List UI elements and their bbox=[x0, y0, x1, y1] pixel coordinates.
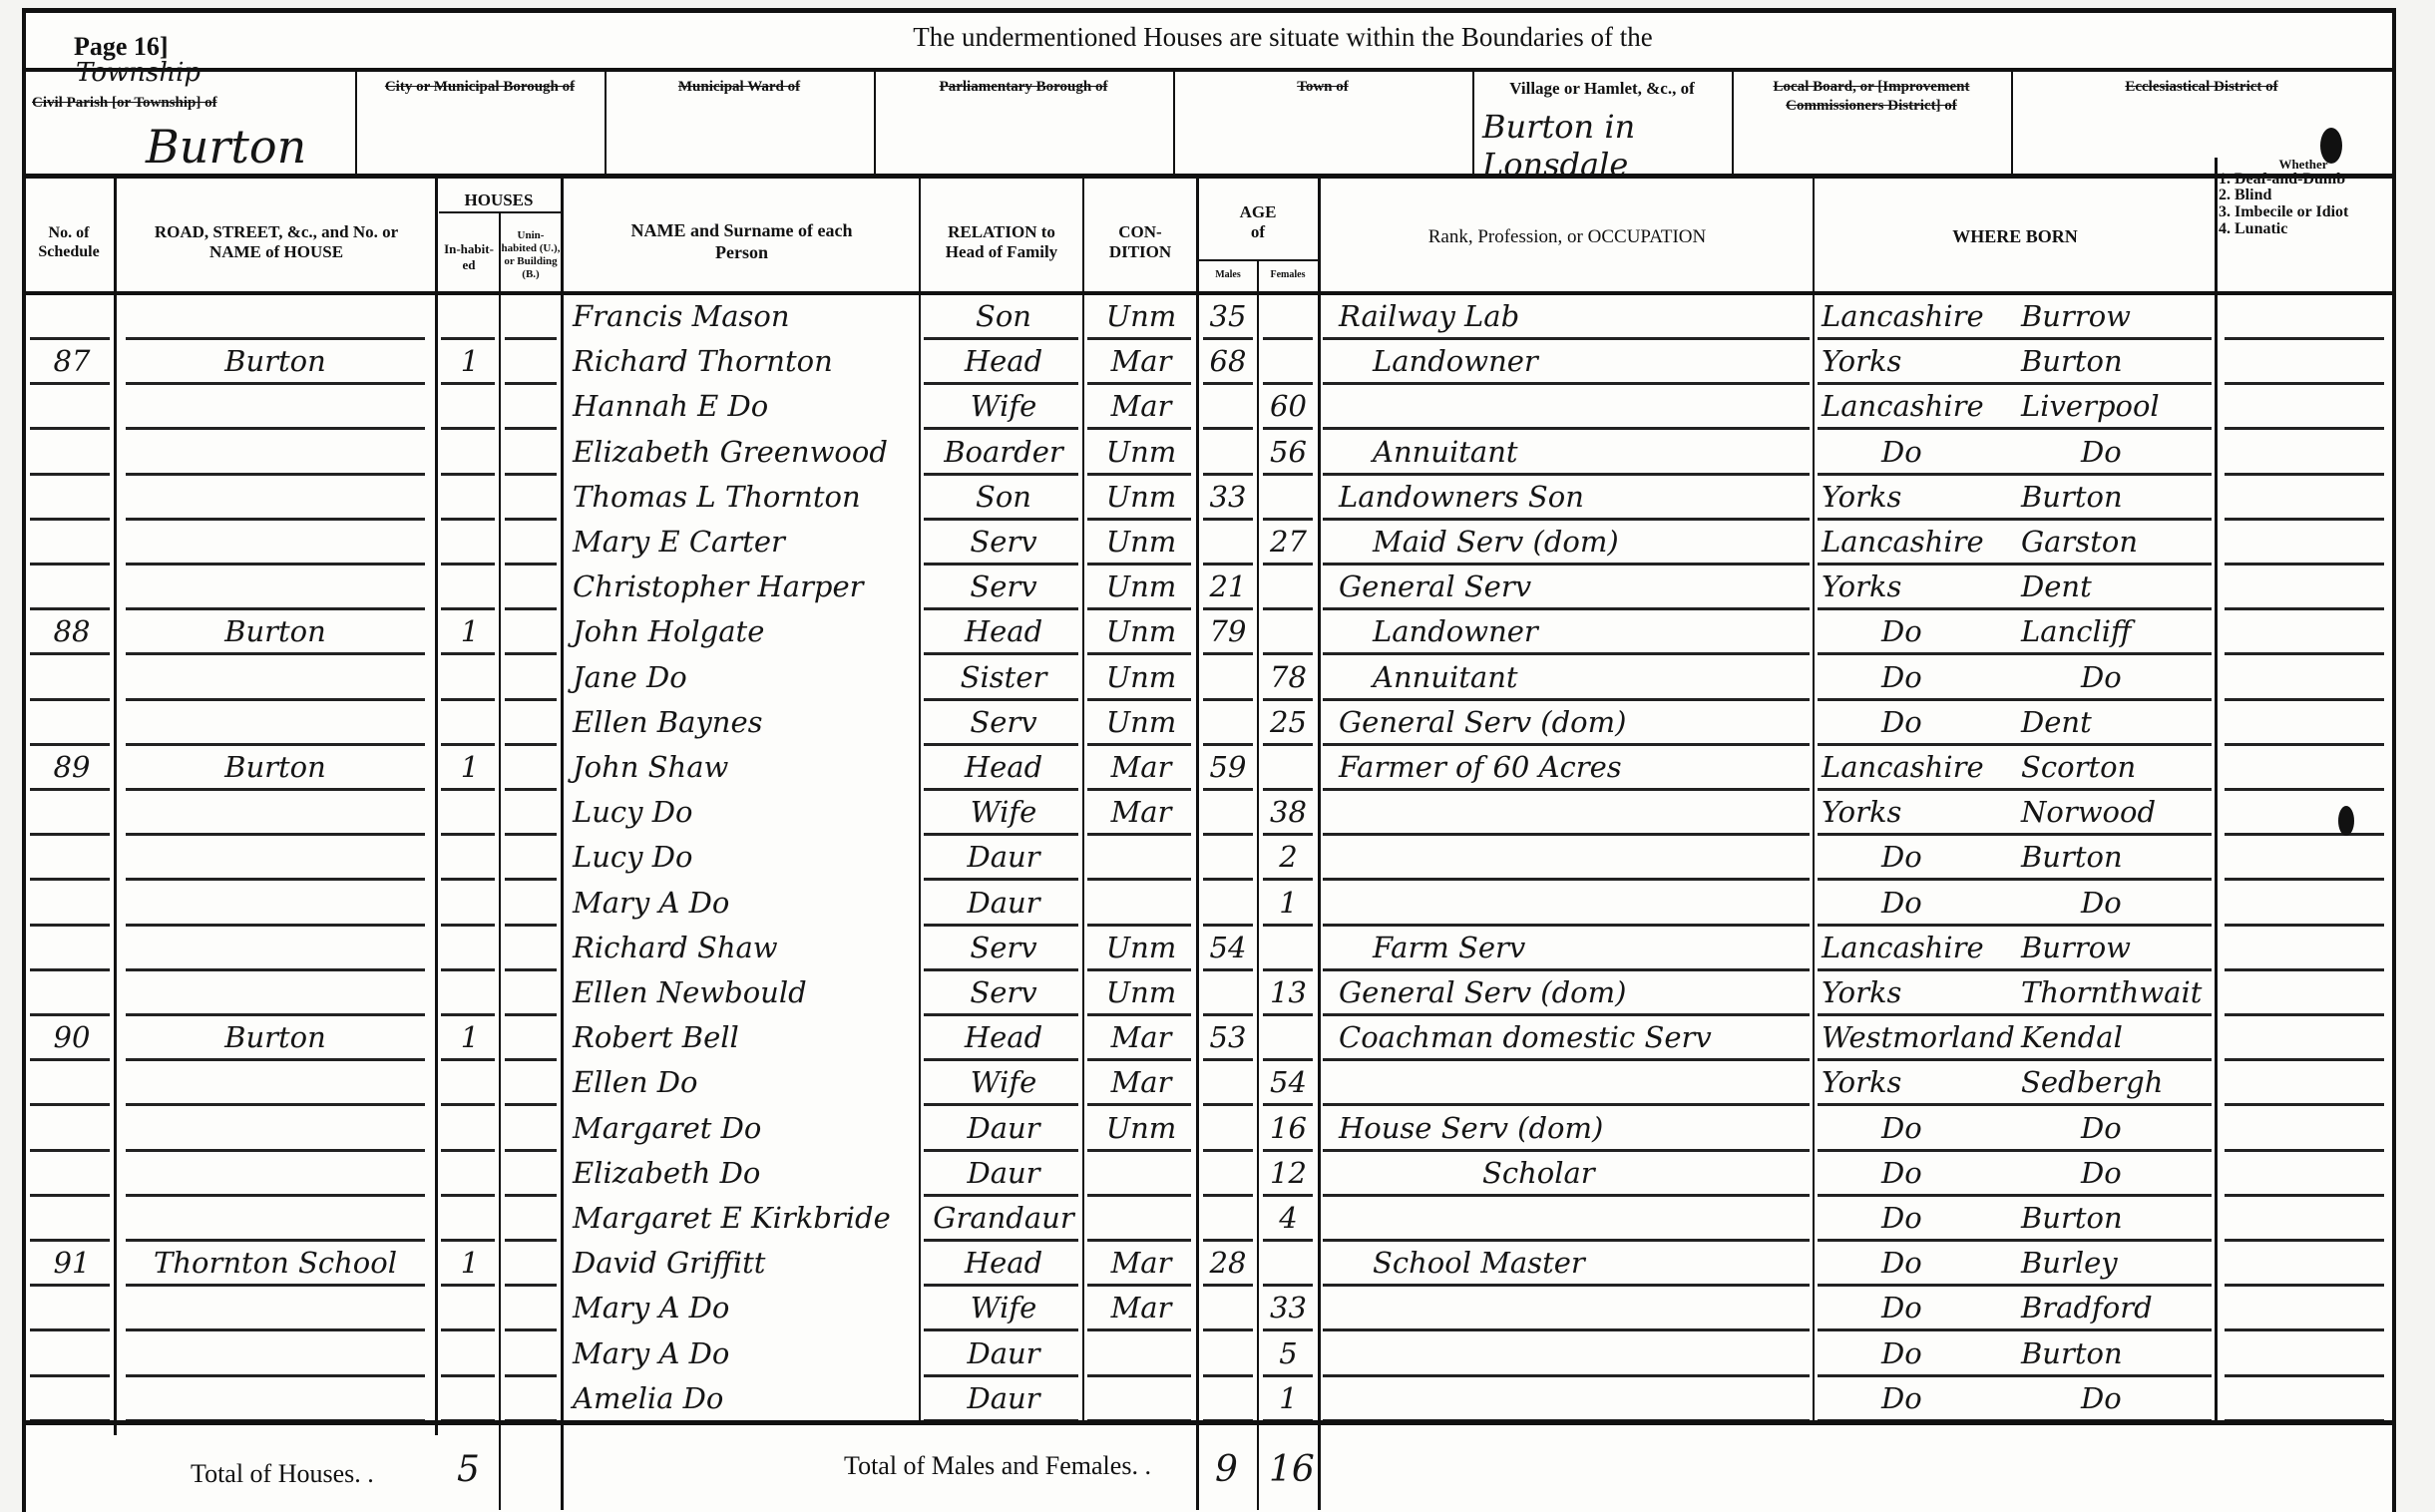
row-rule bbox=[2225, 473, 2384, 476]
cell-occupation: Maid Serv (dom) bbox=[1333, 523, 1810, 563]
cell-condition bbox=[1087, 1379, 1195, 1419]
cell-born-county: Do bbox=[1822, 703, 2021, 743]
cell-schedule bbox=[34, 1109, 110, 1149]
rule-inhabited bbox=[499, 213, 501, 1510]
cell-born-county: Do bbox=[1822, 433, 2021, 473]
cell-born-county: Do bbox=[1822, 838, 2021, 878]
row-rule bbox=[1263, 652, 1313, 655]
table-row: Elizabeth GreenwoodBoarderUnm56Annuitant… bbox=[26, 433, 2392, 473]
cell-female-age bbox=[1261, 612, 1316, 652]
cell-born-county: Do bbox=[1822, 612, 2021, 652]
cell-condition: Mar bbox=[1087, 342, 1195, 382]
cell-name: Mary A Do bbox=[573, 1289, 917, 1328]
row-rule bbox=[1203, 924, 1253, 927]
cell-inhabited bbox=[445, 1063, 495, 1103]
cell-inhabited bbox=[445, 703, 495, 743]
row-rule bbox=[30, 427, 110, 430]
infirmity-title: Whether bbox=[2219, 158, 2388, 172]
col-age: AGE of bbox=[1199, 188, 1317, 257]
row-rule bbox=[1818, 743, 2212, 746]
table-row: Ellen BaynesServUnm25General Serv (dom)D… bbox=[26, 703, 2392, 743]
boundary-rule bbox=[26, 174, 2392, 179]
cell-male-age: 28 bbox=[1201, 1244, 1255, 1284]
cell-occupation bbox=[1333, 793, 1810, 833]
col-name: NAME and Surname of each Person bbox=[565, 188, 919, 297]
cell-male-age: 79 bbox=[1201, 612, 1255, 652]
row-rule bbox=[441, 788, 495, 791]
boundary-label: Civil Parish [or Township] of bbox=[32, 94, 349, 113]
cell-relation: Serv bbox=[929, 929, 1078, 968]
cell-born-place: Burley bbox=[2021, 1244, 2211, 1284]
row-rule bbox=[505, 833, 557, 836]
row-rule bbox=[924, 878, 1078, 881]
row-rule bbox=[2225, 427, 2384, 430]
cell-schedule bbox=[34, 658, 110, 698]
row-rule bbox=[924, 1374, 1078, 1377]
row-rule bbox=[1818, 1149, 2212, 1152]
cell-occupation bbox=[1333, 838, 1810, 878]
row-rule bbox=[1203, 518, 1253, 521]
cell-relation: Daur bbox=[929, 1379, 1078, 1419]
col-males: Males bbox=[1199, 263, 1257, 287]
cell-inhabited bbox=[445, 523, 495, 563]
cell-male-age: 53 bbox=[1201, 1018, 1255, 1058]
row-rule bbox=[30, 924, 110, 927]
cell-road bbox=[126, 1334, 425, 1374]
total-males-value: 9 bbox=[1215, 1449, 1238, 1490]
row-rule bbox=[924, 337, 1078, 340]
row-rule bbox=[1263, 788, 1313, 791]
row-rule bbox=[1087, 1284, 1191, 1287]
row-rule bbox=[30, 518, 110, 521]
row-rule bbox=[924, 924, 1078, 927]
row-rule bbox=[30, 1328, 110, 1331]
cell-occupation: Scholar bbox=[1333, 1154, 1810, 1194]
cell-condition: Mar bbox=[1087, 1063, 1195, 1103]
cell-name: Jane Do bbox=[573, 658, 917, 698]
row-rule bbox=[126, 878, 425, 881]
row-rule bbox=[30, 473, 110, 476]
row-rule bbox=[2225, 924, 2384, 927]
cell-schedule: 89 bbox=[34, 748, 110, 788]
cell-born-place: Scorton bbox=[2021, 748, 2211, 788]
row-rule bbox=[30, 1284, 110, 1287]
row-rule bbox=[30, 1239, 110, 1242]
row-rule bbox=[441, 1149, 495, 1152]
row-rule bbox=[1818, 652, 2212, 655]
cell-born-county: Lancashire bbox=[1822, 929, 2021, 968]
cell-female-age bbox=[1261, 929, 1316, 968]
cell-inhabited bbox=[445, 884, 495, 924]
row-rule bbox=[441, 1328, 495, 1331]
row-rule bbox=[1818, 1058, 2212, 1061]
total-persons-label: Total of Males and Females. . bbox=[844, 1451, 1151, 1481]
cell-condition: Unm bbox=[1087, 658, 1195, 698]
col-inhabited: In-habit-ed bbox=[439, 219, 499, 295]
row-rule bbox=[1263, 1194, 1313, 1197]
cell-inhabited bbox=[445, 1154, 495, 1194]
cell-relation: Head bbox=[929, 1018, 1078, 1058]
cell-occupation bbox=[1333, 1289, 1810, 1328]
cell-relation: Grandaur bbox=[929, 1199, 1078, 1239]
row-rule bbox=[2225, 1239, 2384, 1242]
row-rule bbox=[1818, 924, 2212, 927]
cell-born-place: Do bbox=[2021, 1109, 2211, 1149]
cell-female-age: 38 bbox=[1261, 793, 1316, 833]
row-rule bbox=[924, 382, 1078, 385]
cell-schedule bbox=[34, 1289, 110, 1328]
cell-name: Robert Bell bbox=[573, 1018, 917, 1058]
row-rule bbox=[924, 1103, 1078, 1106]
rule-uninhabited bbox=[561, 179, 564, 1510]
cell-born-place: Dent bbox=[2021, 703, 2211, 743]
cell-name: Elizabeth Do bbox=[573, 1154, 917, 1194]
table-row: 89Burton1John ShawHeadMar59Farmer of 60 … bbox=[26, 748, 2392, 788]
rule-occupation bbox=[1813, 179, 1815, 1420]
cell-schedule: 90 bbox=[34, 1018, 110, 1058]
row-rule bbox=[441, 968, 495, 971]
row-rule bbox=[505, 382, 557, 385]
boundary-value: Burton in Lonsdale bbox=[1482, 108, 1732, 184]
row-rule bbox=[1263, 607, 1313, 610]
cell-born-county: Do bbox=[1822, 1334, 2021, 1374]
rule-males bbox=[1257, 261, 1259, 1510]
row-rule bbox=[1203, 607, 1253, 610]
row-rule bbox=[924, 652, 1078, 655]
row-rule bbox=[1087, 968, 1191, 971]
row-rule bbox=[30, 743, 110, 746]
cell-born-county: Yorks bbox=[1822, 1063, 2021, 1103]
row-rule bbox=[1203, 1058, 1253, 1061]
cell-road: Burton bbox=[126, 612, 425, 652]
cell-female-age: 1 bbox=[1261, 1379, 1316, 1419]
cell-male-age: 54 bbox=[1201, 929, 1255, 968]
cell-relation: Serv bbox=[929, 703, 1078, 743]
cell-schedule bbox=[34, 973, 110, 1013]
table-row: Mary A DoDaur1DoDo bbox=[26, 884, 2392, 924]
col-condition: CON-DITION bbox=[1085, 188, 1195, 297]
boundary-divider bbox=[1173, 72, 1175, 174]
row-rule bbox=[924, 473, 1078, 476]
row-rule bbox=[1323, 607, 1810, 610]
table-row: Ellen DoWifeMar54YorksSedbergh bbox=[26, 1063, 2392, 1103]
row-rule bbox=[1263, 473, 1313, 476]
boundary-divider bbox=[1472, 72, 1474, 174]
cell-schedule bbox=[34, 884, 110, 924]
row-rule bbox=[1087, 1328, 1191, 1331]
boundary-divider bbox=[605, 72, 607, 174]
cell-male-age bbox=[1201, 1199, 1255, 1239]
row-rule bbox=[2225, 1013, 2384, 1016]
row-rule bbox=[126, 1103, 425, 1106]
cell-inhabited bbox=[445, 387, 495, 427]
row-rule bbox=[1263, 1239, 1313, 1242]
row-rule bbox=[1087, 518, 1191, 521]
cell-occupation bbox=[1333, 1063, 1810, 1103]
row-rule bbox=[1263, 1374, 1313, 1377]
cell-road bbox=[126, 1109, 425, 1149]
total-houses-label: Total of Houses. . bbox=[191, 1459, 374, 1489]
row-rule bbox=[1323, 1239, 1810, 1242]
cell-born-county: Do bbox=[1822, 1154, 2021, 1194]
cell-occupation: Annuitant bbox=[1333, 658, 1810, 698]
table-row: Francis MasonSonUnm35Railway LabLancashi… bbox=[26, 297, 2392, 337]
row-rule bbox=[1203, 1194, 1253, 1197]
cell-relation: Head bbox=[929, 612, 1078, 652]
row-rule bbox=[1323, 1103, 1810, 1106]
header-rule bbox=[26, 291, 2392, 295]
row-rule bbox=[30, 1374, 110, 1377]
row-rule bbox=[505, 924, 557, 927]
cell-relation: Son bbox=[929, 297, 1078, 337]
cell-relation: Daur bbox=[929, 1334, 1078, 1374]
row-rule bbox=[1323, 1194, 1810, 1197]
cell-name: Christopher Harper bbox=[573, 567, 917, 607]
table-row: Lucy DoWifeMar38YorksNorwood bbox=[26, 793, 2392, 833]
cell-schedule: 88 bbox=[34, 612, 110, 652]
row-rule bbox=[1263, 518, 1313, 521]
cell-born-county: Do bbox=[1822, 658, 2021, 698]
cell-occupation: Annuitant bbox=[1333, 433, 1810, 473]
row-rule bbox=[1087, 1239, 1191, 1242]
table-row: Lucy DoDaur2DoBurton bbox=[26, 838, 2392, 878]
cell-inhabited bbox=[445, 838, 495, 878]
row-rule bbox=[126, 518, 425, 521]
cell-condition: Unm bbox=[1087, 973, 1195, 1013]
row-rule bbox=[441, 1284, 495, 1287]
cell-male-age bbox=[1201, 1109, 1255, 1149]
cell-condition: Mar bbox=[1087, 387, 1195, 427]
cell-male-age: 21 bbox=[1201, 567, 1255, 607]
cell-inhabited bbox=[445, 478, 495, 518]
row-rule bbox=[2225, 1284, 2384, 1287]
cell-born-county: Do bbox=[1822, 884, 2021, 924]
row-rule bbox=[126, 652, 425, 655]
boundary-label: Village or Hamlet, &c., of bbox=[1478, 78, 1726, 99]
row-rule bbox=[1087, 337, 1191, 340]
col-schedule: No. of Schedule bbox=[26, 188, 112, 297]
row-rule bbox=[924, 563, 1078, 566]
row-rule bbox=[1263, 1328, 1313, 1331]
col-uninhabited: Unin-habited (U.), or Building (B.) bbox=[501, 213, 561, 297]
cell-female-age: 12 bbox=[1261, 1154, 1316, 1194]
row-rule bbox=[441, 1103, 495, 1106]
boundary-3: Parliamentary Borough of bbox=[874, 72, 1173, 174]
row-rule bbox=[1087, 878, 1191, 881]
cell-schedule bbox=[34, 1379, 110, 1419]
cell-born-place: Burton bbox=[2021, 478, 2211, 518]
cell-name: Hannah E Do bbox=[573, 387, 917, 427]
cell-male-age bbox=[1201, 1289, 1255, 1328]
cell-road bbox=[126, 1379, 425, 1419]
row-rule bbox=[505, 1149, 557, 1152]
row-rule bbox=[1203, 1328, 1253, 1331]
cell-road bbox=[126, 929, 425, 968]
row-rule bbox=[1203, 382, 1253, 385]
cell-condition bbox=[1087, 1334, 1195, 1374]
row-rule bbox=[30, 1194, 110, 1197]
row-rule bbox=[2225, 878, 2384, 881]
row-rule bbox=[126, 1149, 425, 1152]
cell-relation: Wife bbox=[929, 793, 1078, 833]
row-rule bbox=[1087, 1194, 1191, 1197]
row-rule bbox=[1203, 1374, 1253, 1377]
row-rule bbox=[1818, 382, 2212, 385]
cell-relation: Boarder bbox=[929, 433, 1078, 473]
row-rule bbox=[1263, 1103, 1313, 1106]
row-rule bbox=[2225, 1149, 2384, 1152]
row-rule bbox=[1323, 833, 1810, 836]
cell-born-county: Lancashire bbox=[1822, 387, 2021, 427]
row-rule bbox=[1818, 473, 2212, 476]
row-rule bbox=[924, 968, 1078, 971]
row-rule bbox=[924, 698, 1078, 701]
row-rule bbox=[1203, 427, 1253, 430]
table-row: Amelia DoDaur1DoDo bbox=[26, 1379, 2392, 1419]
row-rule bbox=[505, 1284, 557, 1287]
cell-occupation: General Serv (dom) bbox=[1333, 973, 1810, 1013]
row-rule bbox=[505, 563, 557, 566]
table-row: 87Burton1Richard ThorntonHeadMar68Landow… bbox=[26, 342, 2392, 382]
row-rule bbox=[2225, 1328, 2384, 1331]
table-row: Mary E CarterServUnm27Maid Serv (dom)Lan… bbox=[26, 523, 2392, 563]
row-rule bbox=[1323, 1058, 1810, 1061]
row-rule bbox=[1263, 833, 1313, 836]
row-rule bbox=[1323, 652, 1810, 655]
row-rule bbox=[1323, 743, 1810, 746]
row-rule bbox=[505, 788, 557, 791]
row-rule bbox=[1323, 924, 1810, 927]
row-rule bbox=[1087, 607, 1191, 610]
row-rule bbox=[441, 1374, 495, 1377]
cell-name: Amelia Do bbox=[573, 1379, 917, 1419]
cell-relation: Wife bbox=[929, 1289, 1078, 1328]
cell-occupation: General Serv (dom) bbox=[1333, 703, 1810, 743]
row-rule bbox=[1323, 1149, 1810, 1152]
row-rule bbox=[1087, 788, 1191, 791]
cell-name: Lucy Do bbox=[573, 838, 917, 878]
row-rule bbox=[126, 924, 425, 927]
cell-condition: Unm bbox=[1087, 433, 1195, 473]
row-rule bbox=[924, 518, 1078, 521]
cell-road bbox=[126, 478, 425, 518]
cell-female-age: 78 bbox=[1261, 658, 1316, 698]
boundary-divider bbox=[2011, 72, 2013, 174]
row-rule bbox=[30, 968, 110, 971]
row-rule bbox=[1323, 382, 1810, 385]
row-rule bbox=[1263, 924, 1313, 927]
cell-occupation: General Serv bbox=[1333, 567, 1810, 607]
cell-relation: Son bbox=[929, 478, 1078, 518]
cell-born-county: Do bbox=[1822, 1289, 2021, 1328]
cell-road bbox=[126, 387, 425, 427]
row-rule bbox=[1323, 1013, 1810, 1016]
row-rule bbox=[2225, 1103, 2384, 1106]
cell-inhabited bbox=[445, 1109, 495, 1149]
row-rule bbox=[1323, 427, 1810, 430]
cell-road: Burton bbox=[126, 748, 425, 788]
row-rule bbox=[1087, 382, 1191, 385]
cell-relation: Daur bbox=[929, 1109, 1078, 1149]
cell-occupation: Landowner bbox=[1333, 612, 1810, 652]
cell-occupation: Landowner bbox=[1333, 342, 1810, 382]
cell-road: Thornton School bbox=[126, 1244, 425, 1284]
row-rule bbox=[924, 427, 1078, 430]
boundary-label: City or Municipal Borough of bbox=[361, 78, 599, 97]
row-rule bbox=[1818, 1328, 2212, 1331]
row-rule bbox=[1263, 1284, 1313, 1287]
row-rule bbox=[441, 337, 495, 340]
cell-born-county: Lancashire bbox=[1822, 297, 2021, 337]
cell-relation: Serv bbox=[929, 567, 1078, 607]
cell-female-age bbox=[1261, 478, 1316, 518]
cell-road bbox=[126, 838, 425, 878]
cell-inhabited bbox=[445, 793, 495, 833]
cell-name: Margaret E Kirkbride bbox=[573, 1199, 917, 1239]
rule-condition bbox=[1196, 179, 1199, 1510]
row-rule bbox=[1818, 518, 2212, 521]
cell-occupation: Railway Lab bbox=[1333, 297, 1810, 337]
cell-occupation bbox=[1333, 387, 1810, 427]
cell-name: Richard Thornton bbox=[573, 342, 917, 382]
row-rule bbox=[924, 743, 1078, 746]
cell-male-age bbox=[1201, 387, 1255, 427]
row-rule bbox=[1818, 427, 2212, 430]
row-rule bbox=[1203, 1013, 1253, 1016]
cell-schedule bbox=[34, 523, 110, 563]
cell-female-age: 13 bbox=[1261, 973, 1316, 1013]
cell-inhabited bbox=[445, 1199, 495, 1239]
infirmity-list: 1. Deaf-and-Dumb2. Blind3. Imbecile or I… bbox=[2219, 172, 2388, 238]
cell-road bbox=[126, 433, 425, 473]
cell-inhabited bbox=[445, 1289, 495, 1328]
cell-condition: Mar bbox=[1087, 793, 1195, 833]
cell-born-place: Burton bbox=[2021, 342, 2211, 382]
row-rule bbox=[1323, 878, 1810, 881]
cell-name: Ellen Baynes bbox=[573, 703, 917, 743]
cell-occupation: Farmer of 60 Acres bbox=[1333, 748, 1810, 788]
cell-female-age: 56 bbox=[1261, 433, 1316, 473]
row-rule bbox=[1087, 427, 1191, 430]
boundary-divider bbox=[1732, 72, 1734, 174]
row-rule bbox=[924, 1058, 1078, 1061]
cell-relation: Serv bbox=[929, 973, 1078, 1013]
cell-born-county: Yorks bbox=[1822, 478, 2021, 518]
row-rule bbox=[1263, 698, 1313, 701]
cell-condition: Unm bbox=[1087, 929, 1195, 968]
cell-road bbox=[126, 973, 425, 1013]
row-rule bbox=[505, 652, 557, 655]
cell-relation: Daur bbox=[929, 838, 1078, 878]
cell-road: Burton bbox=[126, 342, 425, 382]
cell-condition: Mar bbox=[1087, 748, 1195, 788]
cell-female-age: 16 bbox=[1261, 1109, 1316, 1149]
infirmity-item: 1. Deaf-and-Dumb bbox=[2219, 172, 2388, 189]
row-rule bbox=[30, 1013, 110, 1016]
table-row: Margaret E KirkbrideGrandaur4DoBurton bbox=[26, 1199, 2392, 1239]
row-rule bbox=[2225, 607, 2384, 610]
row-rule bbox=[1087, 652, 1191, 655]
row-rule bbox=[2225, 833, 2384, 836]
row-rule bbox=[126, 337, 425, 340]
boundary-label: Municipal Ward of bbox=[610, 78, 868, 97]
cell-female-age: 4 bbox=[1261, 1199, 1316, 1239]
row-rule bbox=[441, 607, 495, 610]
row-rule bbox=[1263, 1058, 1313, 1061]
row-rule bbox=[1203, 473, 1253, 476]
row-rule bbox=[1087, 1058, 1191, 1061]
row-rule bbox=[1263, 878, 1313, 881]
